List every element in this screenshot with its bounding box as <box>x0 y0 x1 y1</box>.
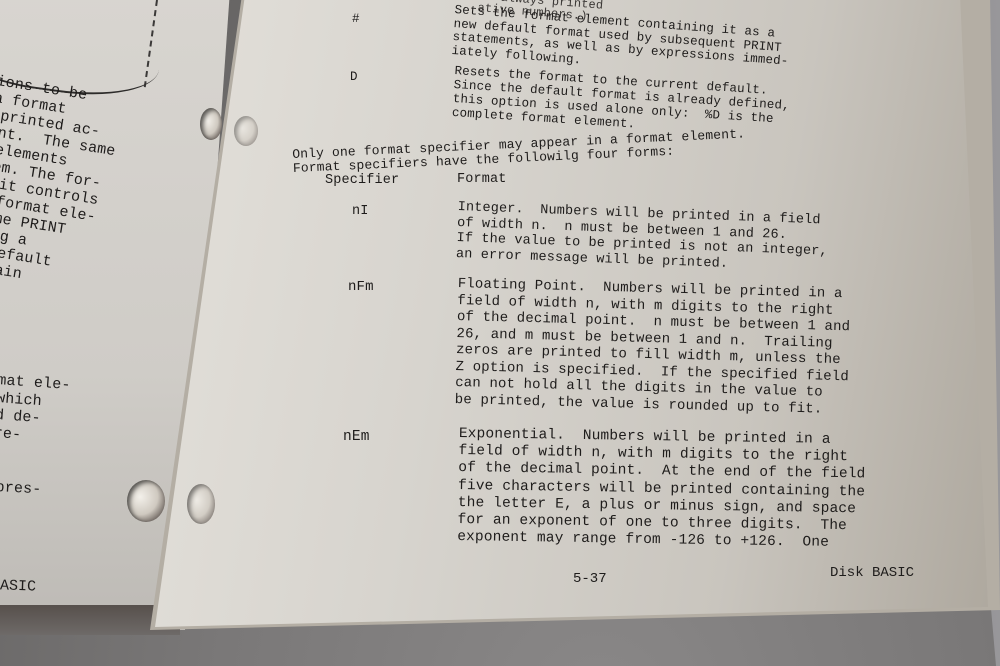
left-page-footer: ASIC <box>0 577 36 595</box>
left-page-text-lower: pres- <box>0 480 42 497</box>
binding-hole <box>234 116 258 146</box>
specifier-description: Floating Point. Numbers will be printed … <box>455 276 852 418</box>
binding-hole <box>127 480 165 522</box>
manual-title-footer: Disk BASIC <box>830 565 914 581</box>
column-header-specifier: Specifier <box>325 173 399 188</box>
specifier-code: nEm <box>343 430 370 445</box>
binding-hole <box>187 484 215 524</box>
specifier-code: nFm <box>348 280 374 295</box>
option-symbol: D <box>350 70 358 85</box>
page-number: 5-37 <box>573 571 607 587</box>
specifier-description: Exponential. Numbers will be printed in … <box>457 426 866 553</box>
option-symbol: # <box>352 12 360 27</box>
specifier-code: nI <box>352 204 369 219</box>
left-page-text-middle: mat ele- which d de- re- <box>0 372 71 447</box>
column-header-format: Format <box>457 172 507 187</box>
binding-hole <box>200 108 222 140</box>
